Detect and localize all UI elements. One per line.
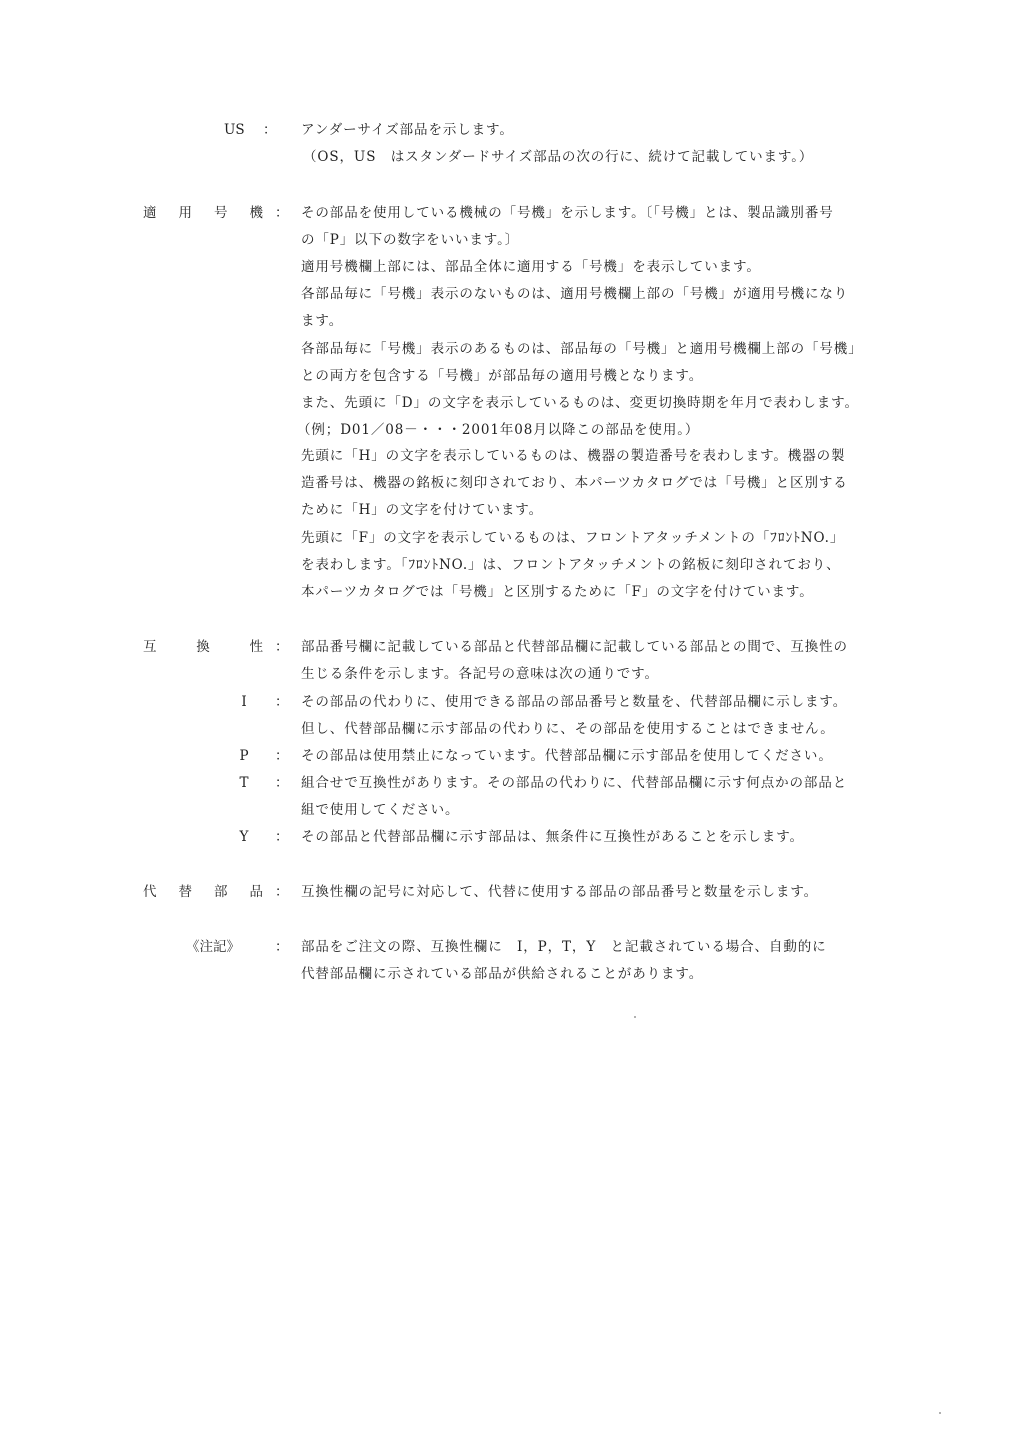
scan-speck — [939, 1412, 941, 1414]
body-line: 但し、代替部品欄に示す部品の代わりに、その部品を使用することはできません。 — [301, 716, 835, 743]
note-row: 《注記》 ： 部品をご注文の際、互換性欄に I，P，T，Y と記載されている場合… — [0, 934, 1024, 961]
document-page: US ： アンダーサイズ部品を示します。 （OS，US はスタンダードサイズ部品… — [0, 0, 1024, 1452]
body-line: また、先頭に「D」の文字を表示しているものは、変更切換時期を年月で表わします。 — [301, 390, 859, 417]
code-colon: ： — [275, 770, 289, 797]
us-label: US — [224, 117, 245, 144]
label-char: 性 — [250, 634, 264, 661]
body-line: ます。 — [301, 308, 343, 335]
substitute-parts-row: 代 替 部 品 ： 互換性欄の記号に対応して、代替に使用する部品の部品番号と数量… — [0, 879, 1024, 906]
body-row: 各部品毎に「号機」表示のあるものは、部品毎の「号機」と適用号機欄上部の「号機」 — [0, 336, 1024, 363]
body-line: の「P」以下の数字をいいます。〕 — [301, 227, 519, 254]
body-row: ます。 — [0, 308, 1024, 335]
substitute-parts-colon: ： — [275, 879, 289, 906]
note-colon: ： — [275, 934, 289, 961]
code-label: P — [236, 743, 252, 770]
us-row-2: （OS，US はスタンダードサイズ部品の次の行に、続けて記載しています。） — [0, 144, 1024, 171]
label-char: 互 — [143, 634, 157, 661]
label-char: 部 — [214, 879, 228, 906]
body-row: 生じる条件を示します。各記号の意味は次の通りです。 — [0, 661, 1024, 688]
body-line: その部品と代替部品欄に示す部品は、無条件に互換性があることを示します。 — [301, 824, 804, 851]
body-line: （例；D01／08－・・・2001年08月以降この部品を使用。） — [297, 417, 699, 444]
applicable-serial-label: 適 用 号 機 — [143, 200, 263, 227]
body-line: 組合せで互換性があります。その部品の代わりに、代替部品欄に示す何点かの部品と — [301, 770, 847, 797]
code-colon: ： — [275, 689, 289, 716]
body-line: その部品を使用している機械の「号機」を示します。〔「号機」とは、製品識別番号 — [301, 200, 834, 227]
body-line: 互換性欄の記号に対応して、代替に使用する部品の部品番号と数量を示します。 — [301, 879, 818, 906]
body-row: ために「H」の文字を付けています。 — [0, 497, 1024, 524]
code-row-i: I ： その部品の代わりに、使用できる部品の部品番号と数量を、代替部品欄に示しま… — [0, 689, 1024, 716]
substitute-parts-label: 代 替 部 品 — [143, 879, 263, 906]
scan-speck — [634, 1016, 636, 1018]
body-line: を表わします。「ﾌﾛﾝﾄNO.」は、フロントアタッチメントの銘板に刻印されており… — [301, 552, 841, 579]
label-char: 号 — [214, 200, 228, 227]
body-row: 先頭に「F」の文字を表示しているものは、フロントアタッチメントの「ﾌﾛﾝﾄNO.… — [0, 525, 1024, 552]
body-row: 造番号は、機器の銘板に刻印されており、本パーツカタログでは「号機」と区別する — [0, 470, 1024, 497]
body-line: 代替部品欄に示されている部品が供給されることがあります。 — [301, 961, 703, 988]
body-line: ために「H」の文字を付けています。 — [301, 497, 543, 524]
body-line: 組で使用してください。 — [301, 797, 459, 824]
body-line: 各部品毎に「号機」表示のないものは、適用号機欄上部の「号機」が適用号機になり — [301, 281, 848, 308]
us-text-line: アンダーサイズ部品を示します。 — [301, 117, 514, 144]
code-row-p: P ： その部品は使用禁止になっています。代替部品欄に示す部品を使用してください… — [0, 743, 1024, 770]
applicable-serial-colon: ： — [275, 200, 289, 227]
code-colon: ： — [275, 743, 289, 770]
code-row-y: Y ： その部品と代替部品欄に示す部品は、無条件に互換性があることを示します。 — [0, 824, 1024, 851]
body-line: 先頭に「H」の文字を表示しているものは、機器の製造番号を表わします。機器の製 — [301, 443, 845, 470]
applicable-serial-row: 適 用 号 機 ： その部品を使用している機械の「号機」を示します。〔「号機」と… — [0, 200, 1024, 227]
code-label: I — [236, 689, 252, 716]
interchangeability-colon: ： — [275, 634, 289, 661]
code-label: Y — [236, 824, 252, 851]
code-row-t: T ： 組合せで互換性があります。その部品の代わりに、代替部品欄に示す何点かの部… — [0, 770, 1024, 797]
us-text-line: （OS，US はスタンダードサイズ部品の次の行に、続けて記載しています。） — [303, 144, 813, 171]
body-line: 適用号機欄上部には、部品全体に適用する「号機」を表示しています。 — [301, 254, 761, 281]
body-row: 適用号機欄上部には、部品全体に適用する「号機」を表示しています。 — [0, 254, 1024, 281]
body-row: 各部品毎に「号機」表示のないものは、適用号機欄上部の「号機」が適用号機になり — [0, 281, 1024, 308]
body-row: 先頭に「H」の文字を表示しているものは、機器の製造番号を表わします。機器の製 — [0, 443, 1024, 470]
label-char: 品 — [250, 879, 264, 906]
body-line: 各部品毎に「号機」表示のあるものは、部品毎の「号機」と適用号機欄上部の「号機」 — [301, 336, 863, 363]
body-row: （例；D01／08－・・・2001年08月以降この部品を使用。） — [0, 417, 1024, 444]
label-char: 替 — [179, 879, 193, 906]
body-row: の「P」以下の数字をいいます。〕 — [0, 227, 1024, 254]
code-label: T — [236, 770, 252, 797]
body-line: その部品の代わりに、使用できる部品の部品番号と数量を、代替部品欄に示します。 — [301, 689, 847, 716]
body-line: 部品番号欄に記載している部品と代替部品欄に記載している部品との間で、互換性の — [301, 634, 848, 661]
interchangeability-label: 互 換 性 — [143, 634, 263, 661]
us-row: US ： アンダーサイズ部品を示します。 — [0, 117, 1024, 144]
body-row: を表わします。「ﾌﾛﾝﾄNO.」は、フロントアタッチメントの銘板に刻印されており… — [0, 552, 1024, 579]
interchangeability-row: 互 換 性 ： 部品番号欄に記載している部品と代替部品欄に記載している部品との間… — [0, 634, 1024, 661]
body-row: また、先頭に「D」の文字を表示しているものは、変更切換時期を年月で表わします。 — [0, 390, 1024, 417]
body-line: 本パーツカタログでは「号機」と区別するために「F」の文字を付けています。 — [301, 579, 814, 606]
body-row: 組で使用してください。 — [0, 797, 1024, 824]
body-line: 生じる条件を示します。各記号の意味は次の通りです。 — [301, 661, 659, 688]
body-line: その部品は使用禁止になっています。代替部品欄に示す部品を使用してください。 — [301, 743, 833, 770]
body-line: 部品をご注文の際、互換性欄に I，P，T，Y と記載されている場合、自動的に — [301, 934, 827, 961]
label-char: 換 — [196, 634, 210, 661]
note-label: 《注記》 — [186, 934, 240, 961]
body-line: との両方を包含する「号機」が部品毎の適用号機となります。 — [301, 363, 703, 390]
us-colon: ： — [263, 117, 277, 144]
body-row: 代替部品欄に示されている部品が供給されることがあります。 — [0, 961, 1024, 988]
body-row: 但し、代替部品欄に示す部品の代わりに、その部品を使用することはできません。 — [0, 716, 1024, 743]
code-colon: ： — [275, 824, 289, 851]
label-char: 用 — [179, 200, 193, 227]
body-line: 造番号は、機器の銘板に刻印されており、本パーツカタログでは「号機」と区別する — [301, 470, 848, 497]
label-char: 適 — [143, 200, 157, 227]
body-row: 本パーツカタログでは「号機」と区別するために「F」の文字を付けています。 — [0, 579, 1024, 606]
label-char: 機 — [250, 200, 264, 227]
body-row: との両方を包含する「号機」が部品毎の適用号機となります。 — [0, 363, 1024, 390]
label-char: 代 — [143, 879, 157, 906]
body-line: 先頭に「F」の文字を表示しているものは、フロントアタッチメントの「ﾌﾛﾝﾄNO.… — [301, 525, 844, 552]
